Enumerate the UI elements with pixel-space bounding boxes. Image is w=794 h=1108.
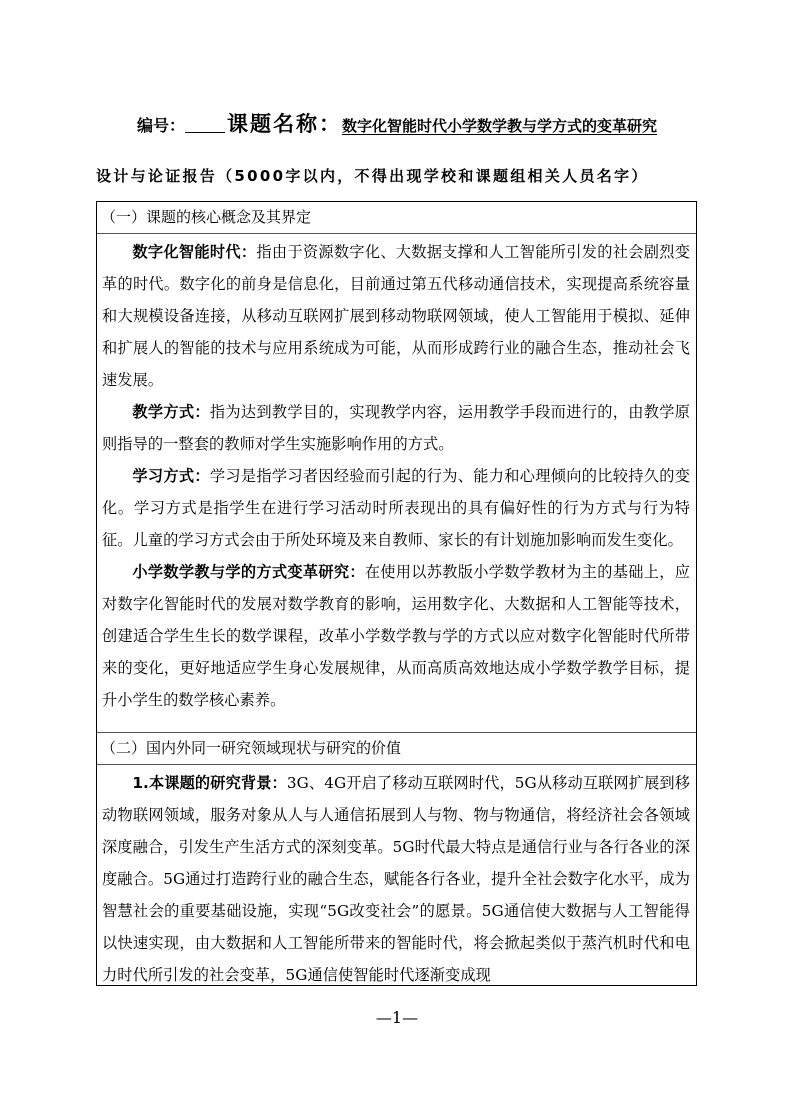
page-number: —1— (0, 1008, 794, 1028)
term-label: 数字化智能时代： (132, 243, 256, 261)
term-label: 教学方式： (132, 403, 209, 421)
section-heading-research-status: （二）国内外同一研究领域现状与研究的价值 (97, 732, 696, 765)
paragraph-reform-research: 小学数学教与学的方式变革研究：在使用以苏教版小学数学教材为主的基础上，应对数字化… (102, 556, 690, 716)
paragraph-text: 在使用以苏教版小学数学教材为主的基础上，应对数字化智能时代的发展对数学教育的影响… (102, 563, 690, 709)
topic-title: 数字化智能时代小学数学教与学方式的变革研究 (342, 117, 657, 135)
term-label: 小学数学教与学的方式变革研究： (132, 563, 364, 581)
term-label: 1.本课题的研究背景： (132, 774, 286, 792)
term-label: 学习方式： (132, 467, 209, 485)
paragraph-research-background: 1.本课题的研究背景：3G、4G开启了移动互联网时代，5G从移动互联网扩展到移动… (102, 767, 690, 985)
section-body-core-concepts: 数字化智能时代：指由于资源数字化、大数据支撑和人工智能所引发的社会剧烈变革的时代… (97, 234, 696, 732)
report-subtitle: 设计与论证报告（5000字以内，不得出现学校和课题组相关人员名字） (96, 165, 706, 187)
paragraph-text: 3G、4G开启了移动互联网时代，5G从移动互联网扩展到移动物联网领域，服务对象从… (102, 774, 690, 984)
section-body-research-status: 1.本课题的研究背景：3G、4G开启了移动互联网时代，5G从移动互联网扩展到移动… (97, 765, 696, 985)
report-table: （一）课题的核心概念及其界定 数字化智能时代：指由于资源数字化、大数据支撑和人工… (96, 201, 697, 986)
number-blank-field (185, 116, 225, 133)
paragraph-digital-intelligent-era: 数字化智能时代：指由于资源数字化、大数据支撑和人工智能所引发的社会剧烈变革的时代… (102, 236, 690, 396)
document-title-line: 编号：课题名称：数字化智能时代小学数学教与学方式的变革研究 (0, 110, 794, 140)
number-label: 编号： (137, 116, 185, 135)
section-heading-core-concepts: （一）课题的核心概念及其界定 (97, 202, 696, 234)
topic-label: 课题名称： (227, 112, 342, 136)
paragraph-learning-method: 学习方式：学习是指学习者因经验而引起的行为、能力和心理倾向的比较持久的变化。学习… (102, 460, 690, 556)
paragraph-text: 指由于资源数字化、大数据支撑和人工智能所引发的社会剧烈变革的时代。数字化的前身是… (102, 243, 690, 389)
paragraph-teaching-method: 教学方式：指为达到教学目的，实现教学内容，运用教学手段而进行的，由教学原则指导的… (102, 396, 690, 460)
